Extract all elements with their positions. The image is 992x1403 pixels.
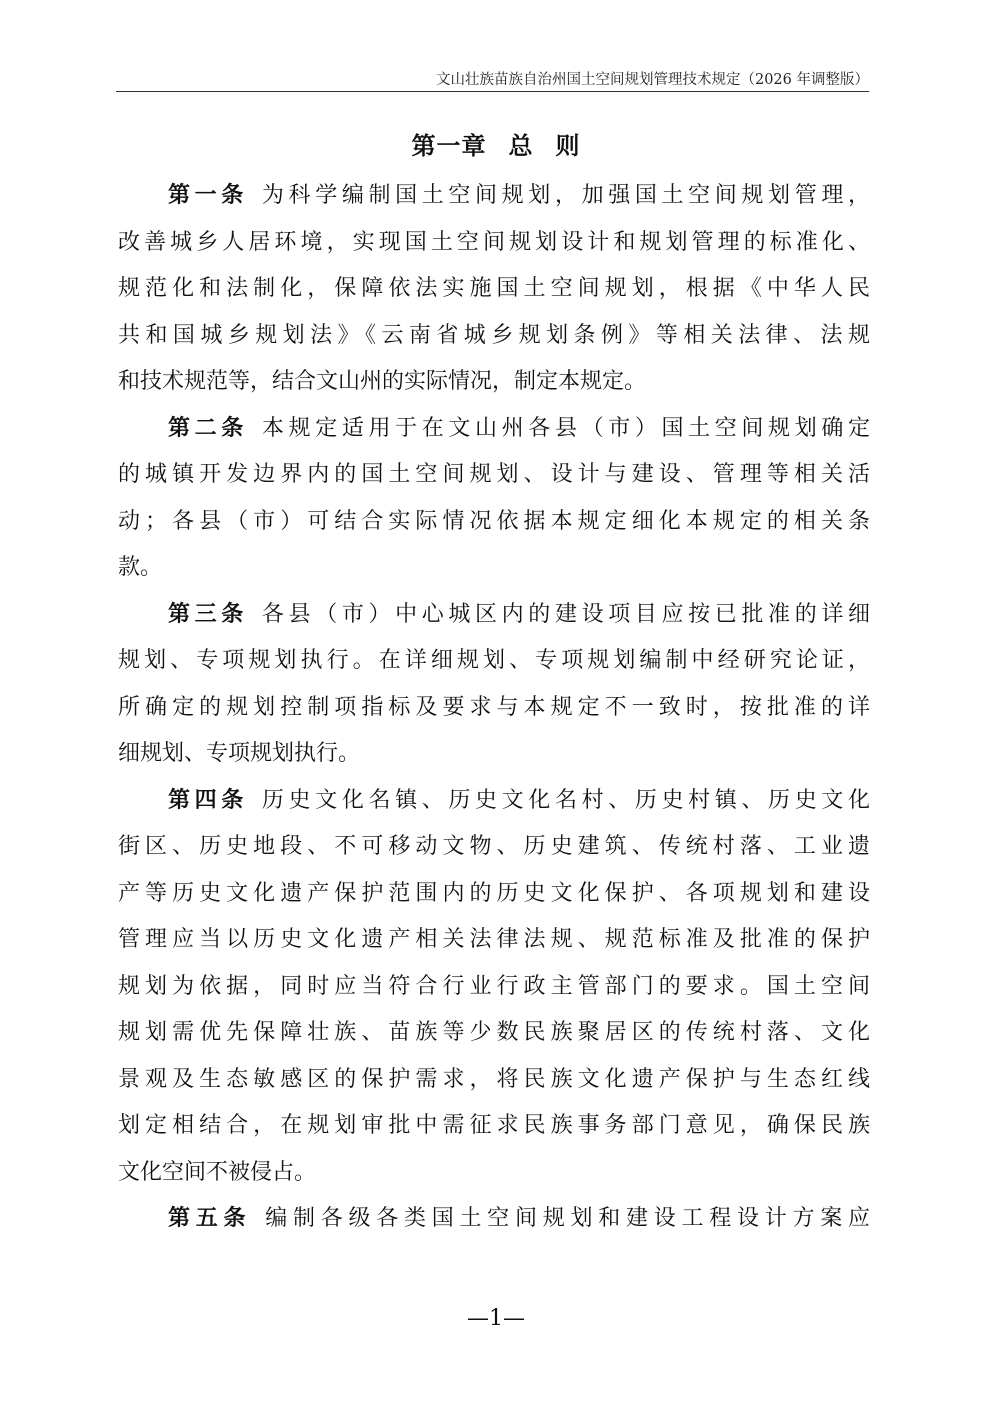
article-line: 产等历史文化遗产保护范围内的历史文化保护、各项规划和建设 — [118, 871, 870, 918]
article-label: 第三条 — [168, 602, 248, 627]
article-line: 第一条为科学编制国土空间规划，加强国土空间规划管理， — [118, 173, 870, 220]
article-line: 规划、专项规划执行。在详细规划、专项规划编制中经研究论证， — [118, 638, 870, 685]
article-line: 细规划、专项规划执行。 — [118, 731, 870, 778]
article-line: 第四条历史文化名镇、历史文化名村、历史村镇、历史文化 — [118, 778, 870, 825]
chapter-title-part1: 总 — [509, 132, 534, 160]
article-label: 第四条 — [168, 788, 248, 813]
article-2: 第二条本规定适用于在文山州各县（市）国土空间规划确定 的城镇开发边界内的国土空间… — [118, 406, 870, 592]
article-line: 第三条各县（市）中心城区内的建设项目应按已批准的详细 — [118, 592, 870, 639]
document-body: 第一条为科学编制国土空间规划，加强国土空间规划管理， 改善城乡人居环境，实现国土… — [118, 173, 870, 1243]
article-text: 各县（市）中心城区内的建设项目应按已批准的详细 — [262, 602, 870, 627]
article-label: 第一条 — [168, 183, 248, 208]
article-label: 第五条 — [168, 1206, 251, 1231]
article-line: 第五条编制各级各类国土空间规划和建设工程设计方案应 — [118, 1196, 870, 1243]
article-text: 本规定适用于在文山州各县（市）国土空间规划确定 — [262, 416, 870, 441]
article-line: 改善城乡人居环境，实现国土空间规划设计和规划管理的标准化、 — [118, 220, 870, 267]
article-line: 和技术规范等，结合文山州的实际情况，制定本规定。 — [118, 359, 870, 406]
article-line: 所确定的规划控制项指标及要求与本规定不一致时，按批准的详 — [118, 685, 870, 732]
chapter-number: 第一章 — [412, 132, 487, 160]
article-line: 规划为依据，同时应当符合行业行政主管部门的要求。国土空间 — [118, 964, 870, 1011]
article-line: 管理应当以历史文化遗产相关法律法规、规范标准及批准的保护 — [118, 917, 870, 964]
article-line: 规范化和法制化，保障依法实施国土空间规划，根据《中华人民 — [118, 266, 870, 313]
article-line: 的城镇开发边界内的国土空间规划、设计与建设、管理等相关活 — [118, 452, 870, 499]
article-5: 第五条编制各级各类国土空间规划和建设工程设计方案应 — [118, 1196, 870, 1243]
chapter-heading: 第一章总则 — [0, 130, 992, 162]
article-line: 第二条本规定适用于在文山州各县（市）国土空间规划确定 — [118, 406, 870, 453]
article-1: 第一条为科学编制国土空间规划，加强国土空间规划管理， 改善城乡人居环境，实现国土… — [118, 173, 870, 406]
article-line: 规划需优先保障壮族、苗族等少数民族聚居区的传统村落、文化 — [118, 1010, 870, 1057]
running-header: 文山壮族苗族自治州国土空间规划管理技术规定（2026 年调整版） — [116, 70, 869, 92]
article-line: 款。 — [118, 545, 870, 592]
article-3: 第三条各县（市）中心城区内的建设项目应按已批准的详细 规划、专项规划执行。在详细… — [118, 592, 870, 778]
article-4: 第四条历史文化名镇、历史文化名村、历史村镇、历史文化 街区、历史地段、不可移动文… — [118, 778, 870, 1197]
article-text: 历史文化名镇、历史文化名村、历史村镇、历史文化 — [262, 788, 870, 813]
article-line: 街区、历史地段、不可移动文物、历史建筑、传统村落、工业遗 — [118, 824, 870, 871]
article-text: 编制各级各类国土空间规划和建设工程设计方案应 — [265, 1206, 870, 1231]
article-line: 景观及生态敏感区的保护需求，将民族文化遗产保护与生态红线 — [118, 1057, 870, 1104]
chapter-title-part2: 则 — [556, 132, 581, 160]
article-line: 动；各县（市）可结合实际情况依据本规定细化本规定的相关条 — [118, 499, 870, 546]
article-text: 为科学编制国土空间规划，加强国土空间规划管理， — [262, 183, 870, 208]
article-line: 文化空间不被侵占。 — [118, 1150, 870, 1197]
article-line: 共和国城乡规划法》《云南省城乡规划条例》等相关法律、法规 — [118, 313, 870, 360]
article-line: 划定相结合，在规划审批中需征求民族事务部门意见，确保民族 — [118, 1103, 870, 1150]
page-number: —1— — [0, 1305, 992, 1333]
article-label: 第二条 — [168, 416, 248, 441]
